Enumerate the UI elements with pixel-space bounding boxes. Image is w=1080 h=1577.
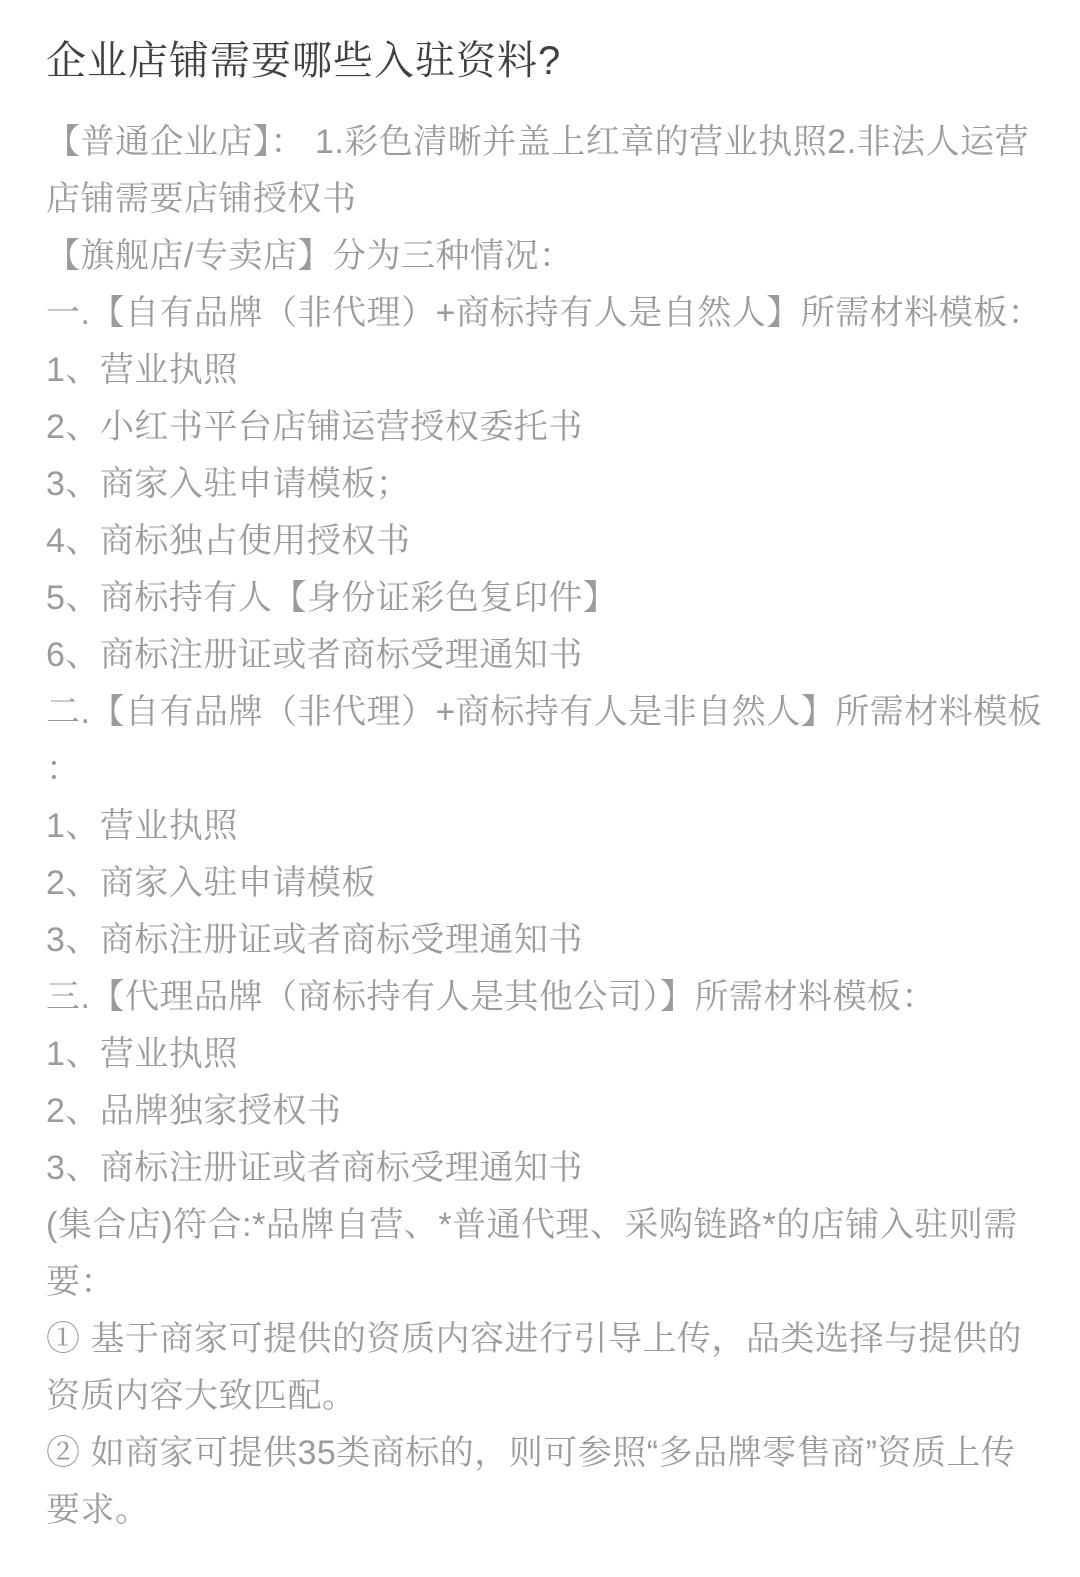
text-line: 3、商标注册证或者商标受理通知书 <box>46 1140 1036 1197</box>
text-line: 二.【自有品牌（非代理）+商标持有人是非自然人】所需材料模板 <box>46 684 1036 741</box>
text-line: 1、营业执照 <box>46 1026 1036 1083</box>
text-line: 3、商标注册证或者商标受理通知书 <box>46 912 1036 969</box>
text-line: ： <box>46 741 1036 798</box>
page-title: 企业店铺需要哪些入驻资料? <box>46 38 1036 84</box>
text-line: 要求。 <box>46 1482 1036 1539</box>
text-line: 1、营业执照 <box>46 342 1036 399</box>
text-line: 2、商家入驻申请模板 <box>46 855 1036 912</box>
text-line: 要： <box>46 1254 1036 1311</box>
text-line: 一.【自有品牌（非代理）+商标持有人是自然人】所需材料模板： <box>46 285 1036 342</box>
text-line: 【旗舰店/专卖店】分为三种情况： <box>46 228 1036 285</box>
text-line: 店铺需要店铺授权书 <box>46 171 1036 228</box>
text-line: 2、品牌独家授权书 <box>46 1083 1036 1140</box>
text-line: 三.【代理品牌（商标持有人是其他公司）】所需材料模板： <box>46 969 1036 1026</box>
text-line: 【普通企业店】： 1.彩色清晰并盖上红章的营业执照2.非法人运营 <box>46 114 1036 171</box>
text-line: 2、小红书平台店铺运营授权委托书 <box>46 399 1036 456</box>
text-line: ② 如商家可提供35类商标的，则可参照“多品牌零售商”资质上传 <box>46 1425 1036 1482</box>
text-line: 5、商标持有人【身份证彩色复印件】 <box>46 570 1036 627</box>
text-line: (集合店)符合:*品牌自营、*普通代理、采购链路*的店铺入驻则需 <box>46 1197 1036 1254</box>
article-body: 【普通企业店】： 1.彩色清晰并盖上红章的营业执照2.非法人运营 店铺需要店铺授… <box>46 114 1036 1539</box>
text-line: 6、商标注册证或者商标受理通知书 <box>46 627 1036 684</box>
text-line: 4、商标独占使用授权书 <box>46 513 1036 570</box>
text-line: 1、营业执照 <box>46 798 1036 855</box>
text-line: 3、商家入驻申请模板； <box>46 456 1036 513</box>
text-line: 资质内容大致匹配。 <box>46 1368 1036 1425</box>
article-page: 企业店铺需要哪些入驻资料? 【普通企业店】： 1.彩色清晰并盖上红章的营业执照2… <box>0 0 1080 1577</box>
text-line: ① 基于商家可提供的资质内容进行引导上传，品类选择与提供的 <box>46 1311 1036 1368</box>
